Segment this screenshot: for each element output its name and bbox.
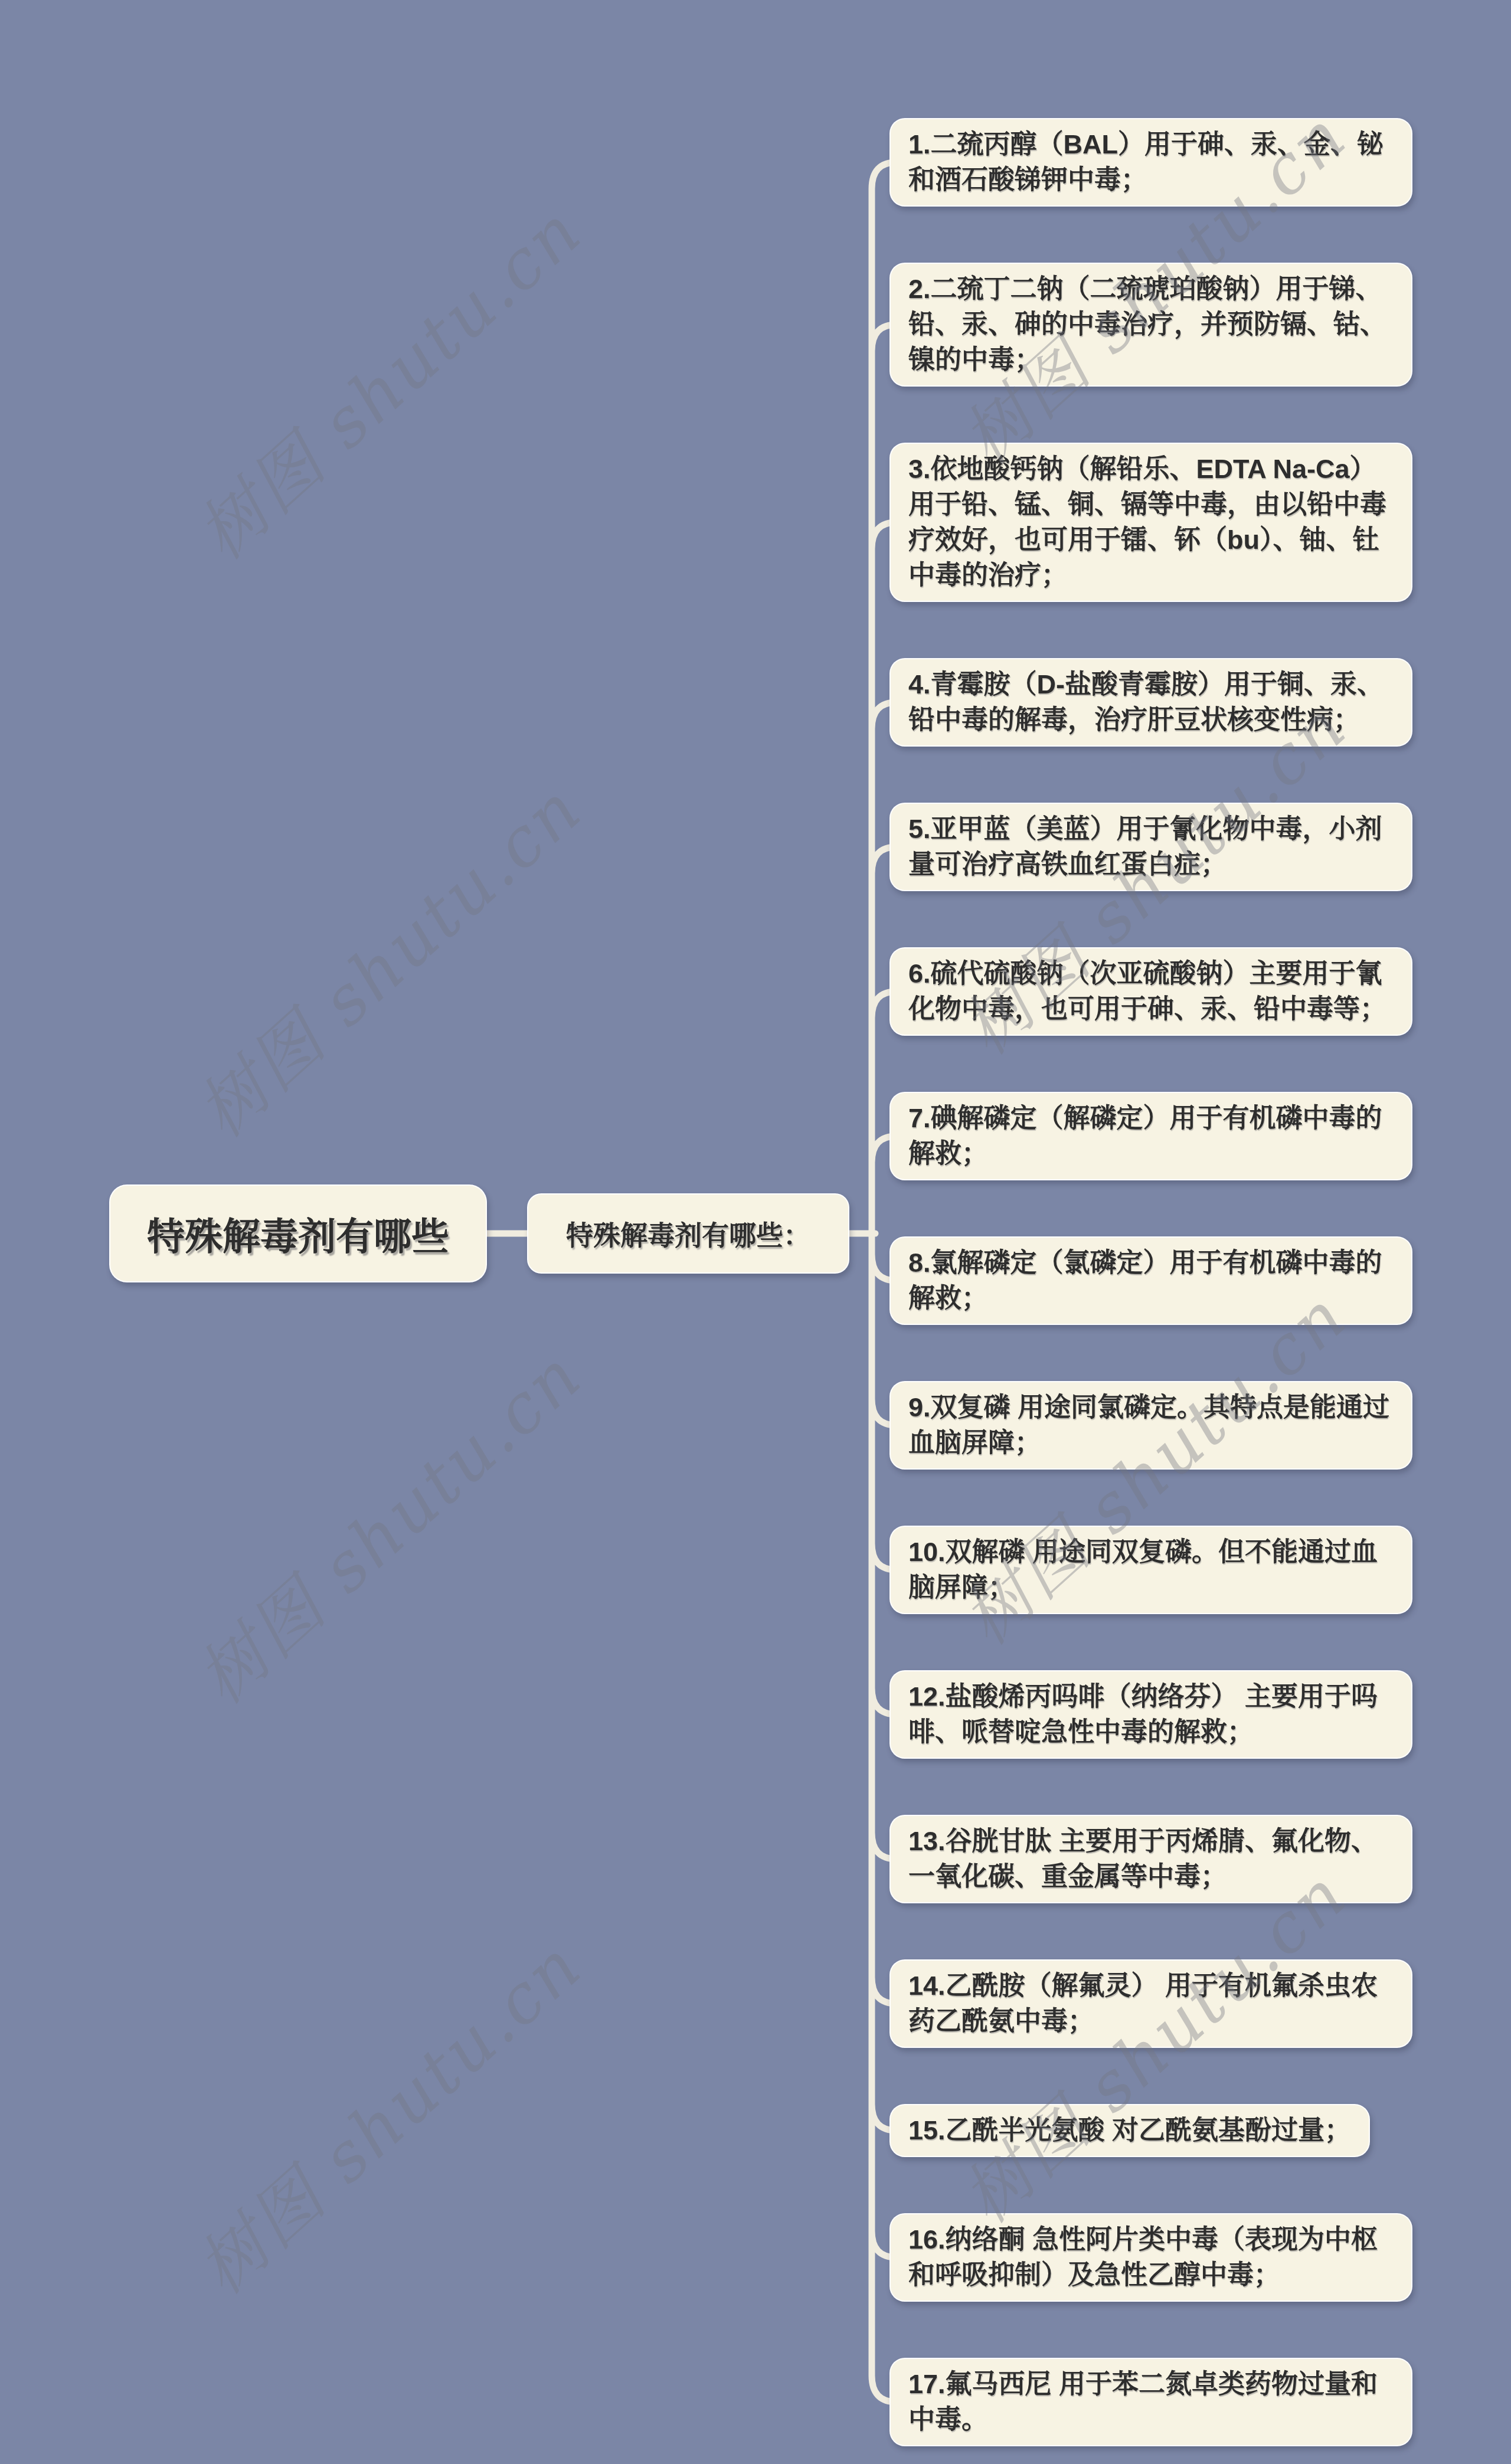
mindmap-node[interactable]: 12.盐酸烯丙吗啡（纳络芬） 主要用于吗啡、哌替啶急性中毒的解救； xyxy=(889,1670,1412,1759)
mindmap-node[interactable]: 5.亚甲蓝（美蓝）用于氰化物中毒，小剂量可治疗高铁血红蛋白症； xyxy=(889,803,1412,891)
mindmap-node[interactable]: 17.氟马西尼 用于苯二氮卓类药物过量和中毒。 xyxy=(889,2358,1412,2446)
mindmap-node[interactable]: 3.依地酸钙钠（解铅乐、EDTA Na-Ca）用于铅、锰、铜、镉等中毒，由以铅中… xyxy=(889,443,1412,602)
mindmap-node[interactable]: 1.二巯丙醇（BAL）用于砷、汞、金、铋和酒石酸锑钾中毒； xyxy=(889,118,1412,207)
mindmap-node[interactable]: 10.双解磷 用途同双复磷。但不能通过血脑屏障； xyxy=(889,1526,1412,1614)
mindmap-node[interactable]: 7.碘解磷定（解磷定）用于有机磷中毒的解救； xyxy=(889,1092,1412,1180)
center-node[interactable]: 特殊解毒剂有哪些： xyxy=(527,1193,849,1274)
root-node[interactable]: 特殊解毒剂有哪些 xyxy=(109,1184,487,1282)
mindmap-node[interactable]: 16.纳络酮 急性阿片类中毒（表现为中枢和呼吸抑制）及急性乙醇中毒； xyxy=(889,2213,1412,2302)
mindmap-node[interactable]: 9.双复磷 用途同氯磷定。其特点是能通过血脑屏障； xyxy=(889,1381,1412,1470)
mindmap-node[interactable]: 15.乙酰半光氨酸 对乙酰氨基酚过量； xyxy=(889,2104,1370,2157)
mindmap-node[interactable]: 4.青霉胺（D-盐酸青霉胺）用于铜、汞、铅中毒的解毒，治疗肝豆状核变性病； xyxy=(889,658,1412,747)
mindmap-node[interactable]: 14.乙酰胺（解氟灵） 用于有机氟杀虫农药乙酰氨中毒； xyxy=(889,1959,1412,2048)
mindmap-node[interactable]: 6.硫代硫酸钠（次亚硫酸钠）主要用于氰化物中毒，也可用于砷、汞、铅中毒等； xyxy=(889,947,1412,1036)
mindmap-node[interactable]: 8.氯解磷定（氯磷定）用于有机磷中毒的解救； xyxy=(889,1236,1412,1325)
branch-node-list: 1.二巯丙醇（BAL）用于砷、汞、金、铋和酒石酸锑钾中毒；2.二巯丁二钠（二巯琥… xyxy=(889,118,1412,2446)
mindmap-node[interactable]: 13.谷胱甘肽 主要用于丙烯腈、氟化物、一氧化碳、重金属等中毒； xyxy=(889,1815,1412,1903)
mindmap-node[interactable]: 2.二巯丁二钠（二巯琥珀酸钠）用于锑、铅、汞、砷的中毒治疗，并预防镉、钴、镍的中… xyxy=(889,263,1412,387)
